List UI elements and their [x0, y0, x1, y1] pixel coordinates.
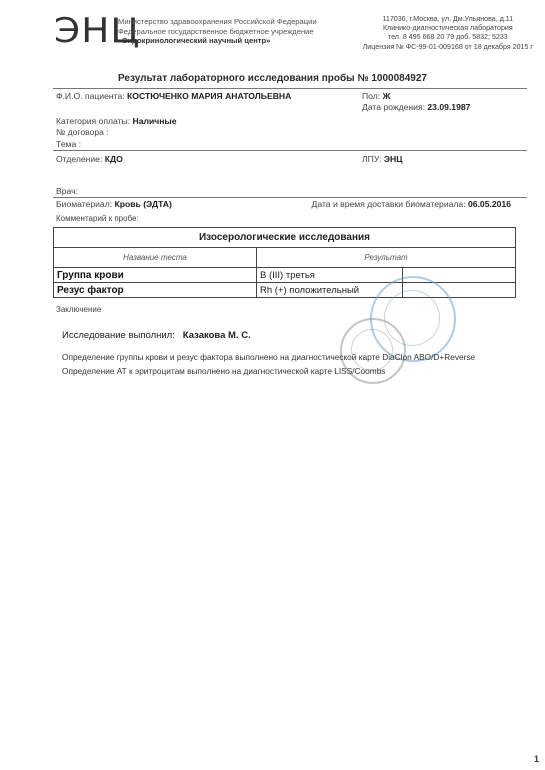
contract-number: № договора :: [56, 127, 109, 137]
biomaterial: Биоматериал: Кровь (ЭДТА): [56, 199, 172, 209]
license-line: Лицензия № ФС-99-01-009168 от 18 декабря…: [363, 43, 533, 52]
divider: [53, 88, 527, 89]
address-line: 117036, г.Москва, ул. Дм.Ульянова, д.11: [363, 15, 533, 24]
patient-name: Ф.И.О. пациента: КОСТЮЧЕНКО МАРИЯ АНАТОЛ…: [56, 91, 291, 101]
org-line: Федеральное государственное бюджетное уч…: [118, 27, 317, 37]
column-header-name: Название теста: [54, 248, 257, 268]
lab-address: 117036, г.Москва, ул. Дм.Ульянова, д.11 …: [363, 15, 533, 52]
note-line: Определение АТ к эритроцитам выполнено н…: [62, 366, 385, 376]
patient-sex: Пол: Ж: [362, 91, 390, 101]
test-name: Группа крови: [54, 268, 257, 283]
column-header-result: Результат: [257, 248, 516, 268]
divider: [53, 150, 527, 151]
page-number: 1: [534, 754, 539, 764]
section-title: Изосерологические исследования: [54, 228, 516, 248]
test-name: Резус фактор: [54, 283, 257, 298]
test-result: B (III) третья: [257, 268, 403, 283]
results-table: Изосерологические исследования Название …: [53, 227, 516, 298]
address-line: Клинико-диагностическая лаборатория: [363, 24, 533, 33]
page-title: Результат лабораторного исследования про…: [0, 73, 545, 84]
address-line: тел. 8 495 668 20 79 доб. 5832; 5233: [363, 33, 533, 42]
conclusion-label: Заключение: [56, 305, 101, 314]
organization-name: Министерство здравоохранения Российской …: [118, 17, 317, 46]
department: Отделение: КДО: [56, 154, 123, 164]
org-line: Министерство здравоохранения Российской …: [118, 17, 317, 27]
topic: Тема :: [56, 139, 81, 149]
payment-category: Категория оплаты: Наличные: [56, 116, 177, 126]
divider: [53, 197, 527, 198]
doctor: Врач:: [56, 186, 78, 196]
performer: Исследование выполнил: Казакова М. С.: [62, 330, 251, 341]
patient-dob: Дата рождения: 23.09.1987: [362, 102, 470, 112]
delivery-date: Дата и время доставки биоматериала: 06.0…: [312, 199, 511, 209]
sample-comment: Комментарий к пробе:: [56, 214, 139, 223]
table-row: Группа крови B (III) третья: [54, 268, 516, 283]
lpu: ЛПУ: ЭНЦ: [362, 154, 402, 164]
org-line: «Эндокринологический научный центр»: [118, 36, 317, 46]
note-line: Определение группы крови и резус фактора…: [62, 352, 475, 362]
